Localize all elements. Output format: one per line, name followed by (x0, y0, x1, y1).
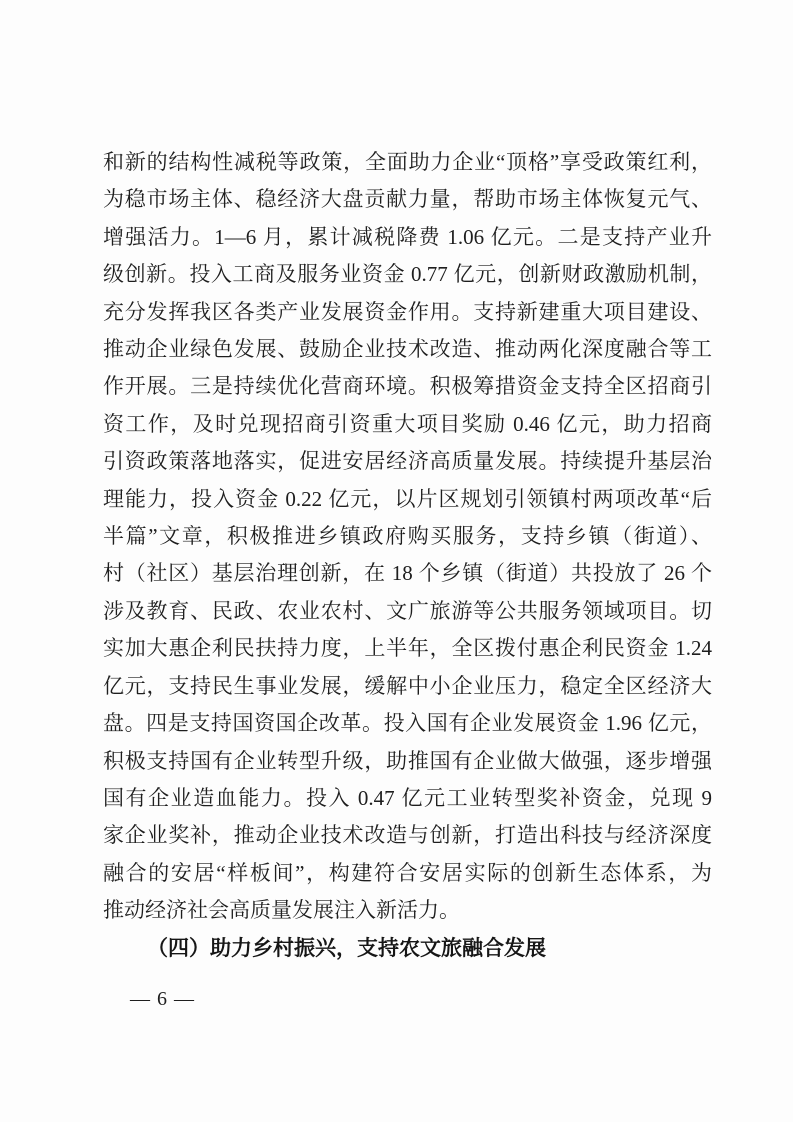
paragraph-line-12: 村（社区）基层治理创新，在 18 个乡镇（街道）共投放了 26 个 (103, 555, 712, 592)
page-number: — 6 — (130, 986, 195, 1012)
paragraph-line-5: 充分发挥我区各类产业发展资金作用。支持新建重大项目建设、 (103, 294, 712, 331)
paragraph-line-1: 和新的结构性减税等政策，全面助力企业“顶格”享受政策红利， (103, 144, 712, 181)
paragraph-line-7: 作开展。三是持续优化营商环境。积极筹措资金支持全区招商引 (103, 368, 712, 405)
paragraph-line-21: 推动经济社会高质量发展注入新活力。 (103, 892, 712, 929)
paragraph-line-3: 增强活力。1—6 月，累计减税降费 1.06 亿元。二是支持产业升 (103, 219, 712, 256)
paragraph-line-9: 引资政策落地落实，促进安居经济高质量发展。持续提升基层治 (103, 443, 712, 480)
paragraph-line-13: 涉及教育、民政、农业农村、文广旅游等公共服务领域项目。切 (103, 593, 712, 630)
paragraph-line-14: 实加大惠企利民扶持力度，上半年，全区拨付惠企利民资金 1.24 (103, 630, 712, 667)
paragraph-line-18: 国有企业造血能力。投入 0.47 亿元工业转型奖补资金，兑现 9 (103, 780, 712, 817)
document-page: 和新的结构性减税等政策，全面助力企业“顶格”享受政策红利， 为稳市场主体、稳经济… (0, 0, 793, 1122)
section-heading: （四）助力乡村振兴，支持农文旅融合发展 (103, 930, 712, 967)
paragraph-line-8: 资工作，及时兑现招商引资重大项目奖励 0.46 亿元，助力招商 (103, 406, 712, 443)
paragraph-line-4: 级创新。投入工商及服务业资金 0.77 亿元，创新财政激励机制， (103, 256, 712, 293)
paragraph-line-2: 为稳市场主体、稳经济大盘贡献力量，帮助市场主体恢复元气、 (103, 181, 712, 218)
paragraph-line-19: 家企业奖补，推动企业技术改造与创新，打造出科技与经济深度 (103, 817, 712, 854)
paragraph-line-6: 推动企业绿色发展、鼓励企业技术改造、推动两化深度融合等工 (103, 331, 712, 368)
paragraph-line-10: 理能力，投入资金 0.22 亿元，以片区规划引领镇村两项改革“后 (103, 481, 712, 518)
paragraph-line-16: 盘。四是支持国资国企改革。投入国有企业发展资金 1.96 亿元， (103, 705, 712, 742)
paragraph-line-11: 半篇”文章，积极推进乡镇政府购买服务，支持乡镇（街道）、 (103, 518, 712, 555)
paragraph-line-20: 融合的安居“样板间”，构建符合安居实际的创新生态体系，为 (103, 855, 712, 892)
text-block: 和新的结构性减税等政策，全面助力企业“顶格”享受政策红利， 为稳市场主体、稳经济… (103, 144, 712, 967)
paragraph-line-17: 积极支持国有企业转型升级，助推国有企业做大做强，逐步增强 (103, 743, 712, 780)
paragraph-line-15: 亿元，支持民生事业发展，缓解中小企业压力，稳定全区经济大 (103, 668, 712, 705)
